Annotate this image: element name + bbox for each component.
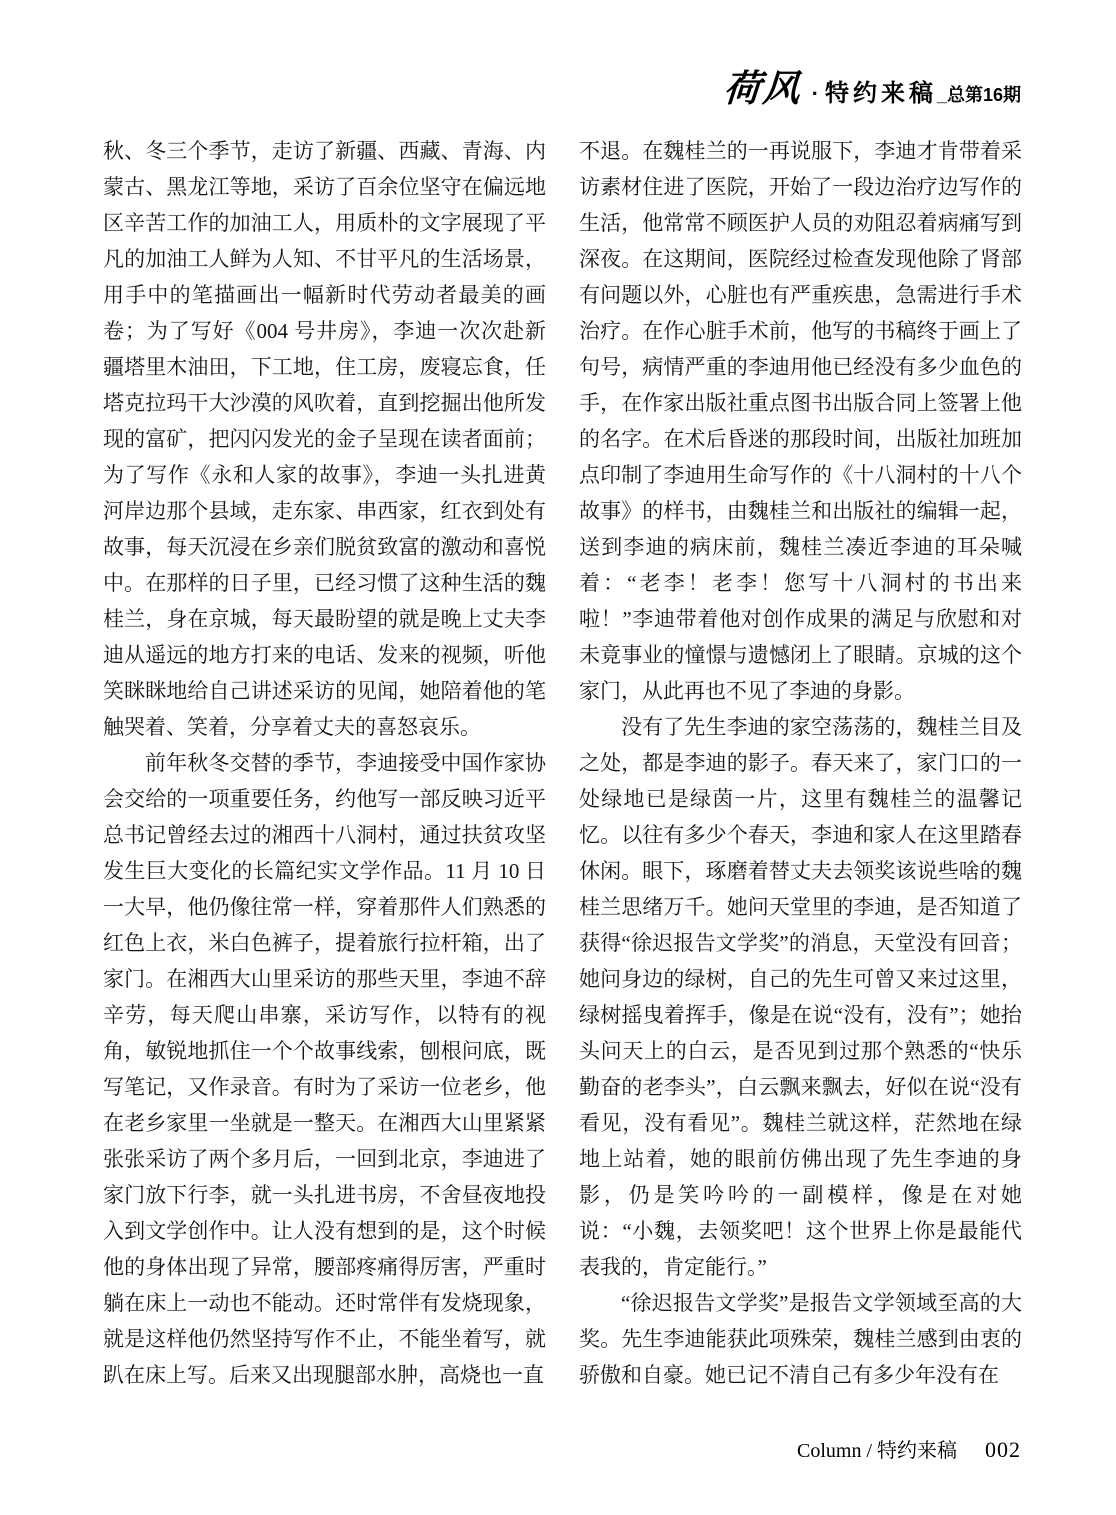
paragraph: 秋、冬三个季节，走访了新疆、西藏、青海、内蒙古、黑龙江等地，采访了百余位坚守在偏… bbox=[103, 133, 546, 745]
left-column: 秋、冬三个季节，走访了新疆、西藏、青海、内蒙古、黑龙江等地，采访了百余位坚守在偏… bbox=[103, 133, 546, 1393]
header-issue-number: _总第16期 bbox=[937, 81, 1021, 107]
header-section-title: 特约来稿 bbox=[825, 73, 937, 108]
magazine-logo: 荷风 bbox=[722, 58, 804, 112]
right-column: 不退。在魏桂兰的一再说服下，李迪才肯带着采访素材住进了医院，开始了一段边治疗边写… bbox=[579, 133, 1022, 1393]
footer-page-number: 002 bbox=[985, 1437, 1021, 1462]
page-footer: Column / 特约来稿002 bbox=[797, 1434, 1021, 1463]
header-dot-separator: · bbox=[812, 81, 819, 107]
paragraph: 前年秋冬交替的季节，李迪接受中国作家协会交给的一项重要任务，约他写一部反映习近平… bbox=[103, 745, 546, 1393]
page-header: 荷风 · 特约来稿 _总第16期 bbox=[724, 58, 1021, 112]
paragraph: 没有了先生李迪的家空荡荡的，魏桂兰目及之处，都是李迪的影子。春天来了，家门口的一… bbox=[579, 709, 1022, 1285]
paragraph: 不退。在魏桂兰的一再说服下，李迪才肯带着采访素材住进了医院，开始了一段边治疗边写… bbox=[579, 133, 1022, 709]
footer-column-label: Column / 特约来稿 bbox=[797, 1440, 957, 1462]
article-body: 秋、冬三个季节，走访了新疆、西藏、青海、内蒙古、黑龙江等地，采访了百余位坚守在偏… bbox=[103, 133, 1022, 1393]
magazine-page: 荷风 · 特约来稿 _总第16期 秋、冬三个季节，走访了新疆、西藏、青海、内蒙古… bbox=[0, 0, 1116, 1515]
paragraph: “徐迟报告文学奖”是报告文学领域至高的大奖。先生李迪能获此项殊荣，魏桂兰感到由衷… bbox=[579, 1285, 1022, 1393]
